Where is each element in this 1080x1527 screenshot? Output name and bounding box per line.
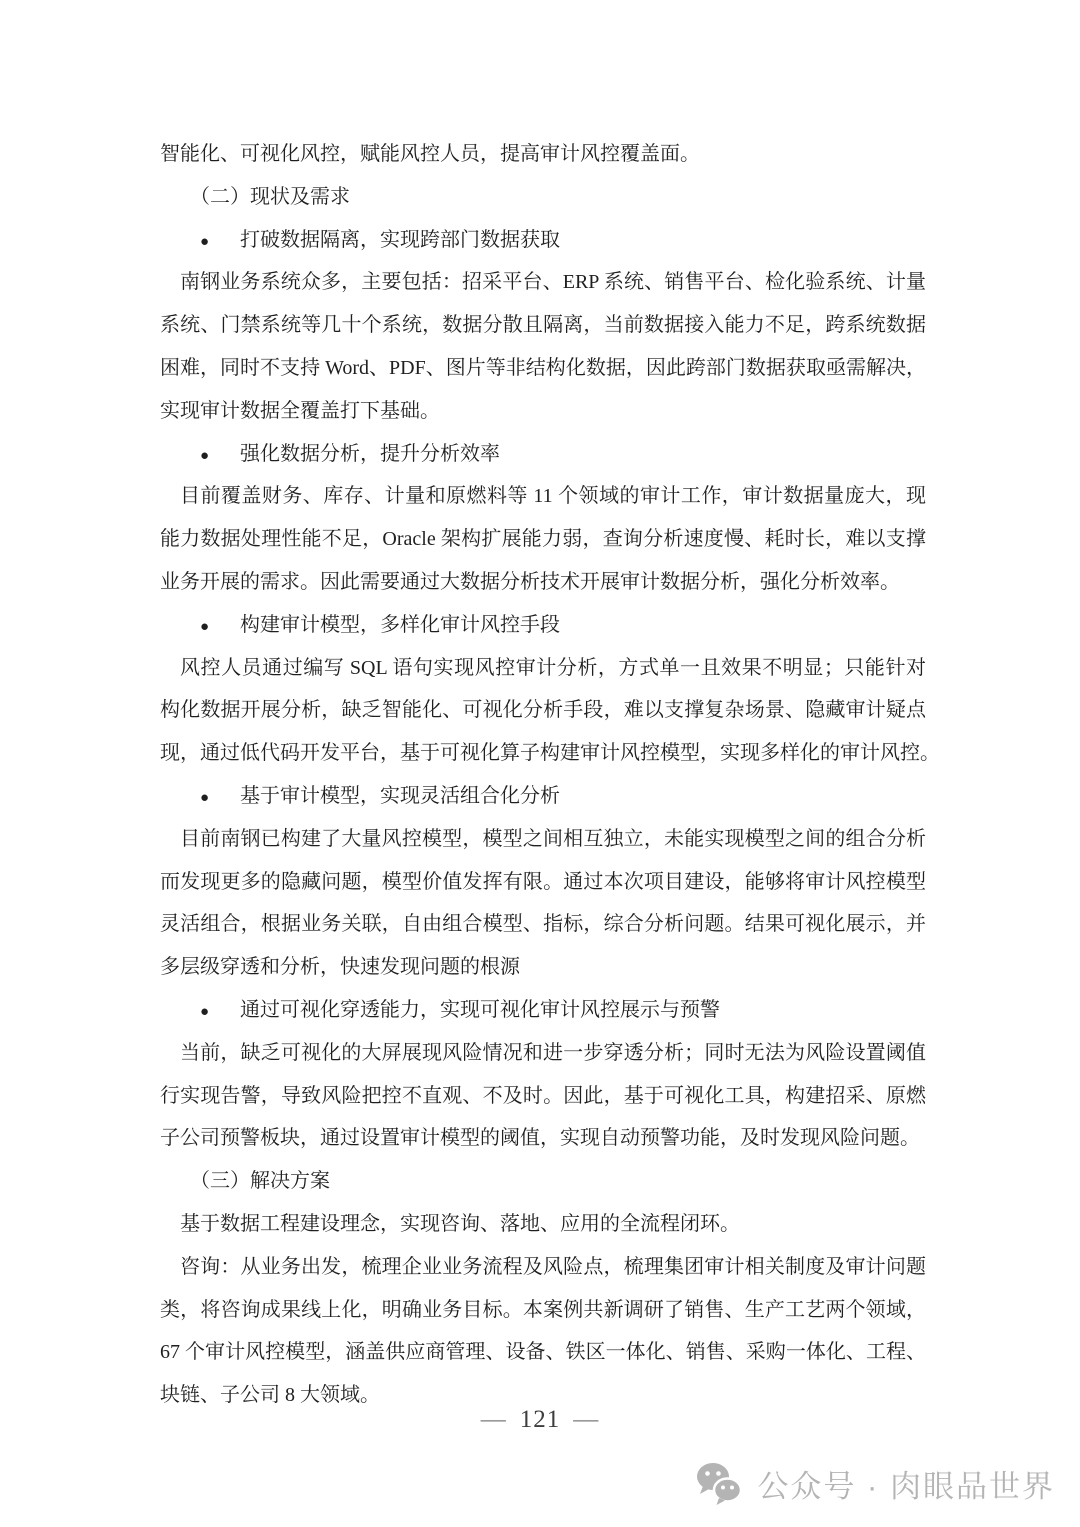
paragraph-line: 灵活组合，根据业务关联，自由组合模型、指标，综合分析问题。结果可视化展示，并支持	[160, 903, 926, 946]
section-heading: （二）现状及需求	[160, 176, 926, 219]
document-page: 智能化、可视化风控，赋能风控人员，提高审计风控覆盖面。（二）现状及需求●打破数据…	[0, 0, 1080, 1527]
paragraph-line: 实现审计数据全覆盖打下基础。	[160, 390, 926, 433]
paragraph-line: 南钢业务系统众多，主要包括：招采平台、ERP 系统、销售平台、检化验系统、计量	[160, 261, 926, 304]
bullet-item: ●强化数据分析，提升分析效率	[160, 433, 926, 476]
paragraph-line: 业务开展的需求。因此需要通过大数据分析技术开展审计数据分析，强化分析效率。	[160, 561, 926, 604]
paragraph-line: 目前覆盖财务、库存、计量和原燃料等 11 个领域的审计工作，审计数据量庞大，现有	[160, 475, 926, 518]
page-number-dash-left: —	[481, 1406, 507, 1433]
bullet-icon: ●	[200, 606, 240, 649]
paragraph-line: 构化数据开展分析，缺乏智能化、可视化分析手段，难以支撑复杂场景、隐藏审计疑点的发	[160, 689, 926, 732]
section-heading: （三）解决方案	[160, 1160, 926, 1203]
paragraph-line: 目前南钢已构建了大量风控模型，模型之间相互独立，未能实现模型之间的组合分析从	[160, 818, 926, 861]
page-number-value: 121	[520, 1406, 561, 1433]
bullet-item: ●基于审计模型，实现灵活组合化分析	[160, 775, 926, 818]
page-number-dash-right: —	[573, 1406, 599, 1433]
bullet-text: 打破数据隔离，实现跨部门数据获取	[240, 229, 560, 251]
page-number: —121—	[0, 1406, 1080, 1434]
paragraph-line: 多层级穿透和分析，快速发现问题的根源	[160, 946, 926, 989]
bullet-icon: ●	[200, 991, 240, 1034]
paragraph-line: 基于数据工程建设理念，实现咨询、落地、应用的全流程闭环。	[160, 1203, 926, 1246]
watermark-text: 公众号 · 肉眼品世界	[757, 1461, 1055, 1506]
paragraph-line: 子公司预警板块，通过设置审计模型的阈值，实现自动预警功能，及时发现风险问题。	[160, 1117, 926, 1160]
document-body: 智能化、可视化风控，赋能风控人员，提高审计风控覆盖面。（二）现状及需求●打破数据…	[160, 133, 926, 1417]
paragraph-line: 行实现告警，导致风险把控不直观、不及时。因此，基于可视化工具，构建招采、原燃料、	[160, 1075, 926, 1118]
bullet-item: ●构建审计模型，多样化审计风控手段	[160, 604, 926, 647]
bullet-icon: ●	[200, 221, 240, 264]
paragraph-line: 智能化、可视化风控，赋能风控人员，提高审计风控覆盖面。	[160, 133, 926, 176]
bullet-text: 通过可视化穿透能力，实现可视化审计风控展示与预警	[240, 999, 720, 1021]
paragraph-line: 类，将咨询成果线上化，明确业务目标。本案例共新调研了销售、生产工艺两个领域，新增	[160, 1289, 926, 1332]
watermark: 公众号 · 肉眼品世界	[696, 1461, 1055, 1506]
paragraph-line: 现，通过低代码开发平台，基于可视化算子构建审计风控模型，实现多样化的审计风控。	[160, 732, 926, 775]
paragraph-line: 风控人员通过编写 SQL 语句实现风控审计分析，方式单一且效果不明显；只能针对结	[160, 647, 926, 690]
bullet-text: 构建审计模型，多样化审计风控手段	[240, 614, 560, 636]
paragraph-line: 系统、门禁系统等几十个系统，数据分散且隔离，当前数据接入能力不足，跨系统数据接入	[160, 304, 926, 347]
bullet-item: ●打破数据隔离，实现跨部门数据获取	[160, 219, 926, 262]
bullet-text: 基于审计模型，实现灵活组合化分析	[240, 785, 560, 807]
paragraph-line: 而发现更多的隐藏问题，模型价值发挥有限。通过本次项目建设，能够将审计风控模型进行	[160, 861, 926, 904]
paragraph-line: 67 个审计风控模型，涵盖供应商管理、设备、铁区一体化、销售、采购一体化、工程、…	[160, 1331, 926, 1374]
bullet-icon: ●	[200, 435, 240, 478]
bullet-icon: ●	[200, 777, 240, 820]
paragraph-line: 困难，同时不支持 Word、PDF、图片等非结构化数据，因此跨部门数据获取亟需解…	[160, 347, 926, 390]
wechat-icon	[696, 1462, 744, 1506]
paragraph-line: 当前，缺乏可视化的大屏展现风险情况和进一步穿透分析；同时无法为风险设置阈值进	[160, 1032, 926, 1075]
bullet-item: ●通过可视化穿透能力，实现可视化审计风控展示与预警	[160, 989, 926, 1032]
bullet-text: 强化数据分析，提升分析效率	[240, 443, 500, 465]
paragraph-line: 能力数据处理性能不足，Oracle 架构扩展能力弱，查询分析速度慢、耗时长，难以…	[160, 518, 926, 561]
paragraph-line: 咨询：从业务出发，梳理企业业务流程及风险点，梳理集团审计相关制度及审计问题分	[160, 1246, 926, 1289]
